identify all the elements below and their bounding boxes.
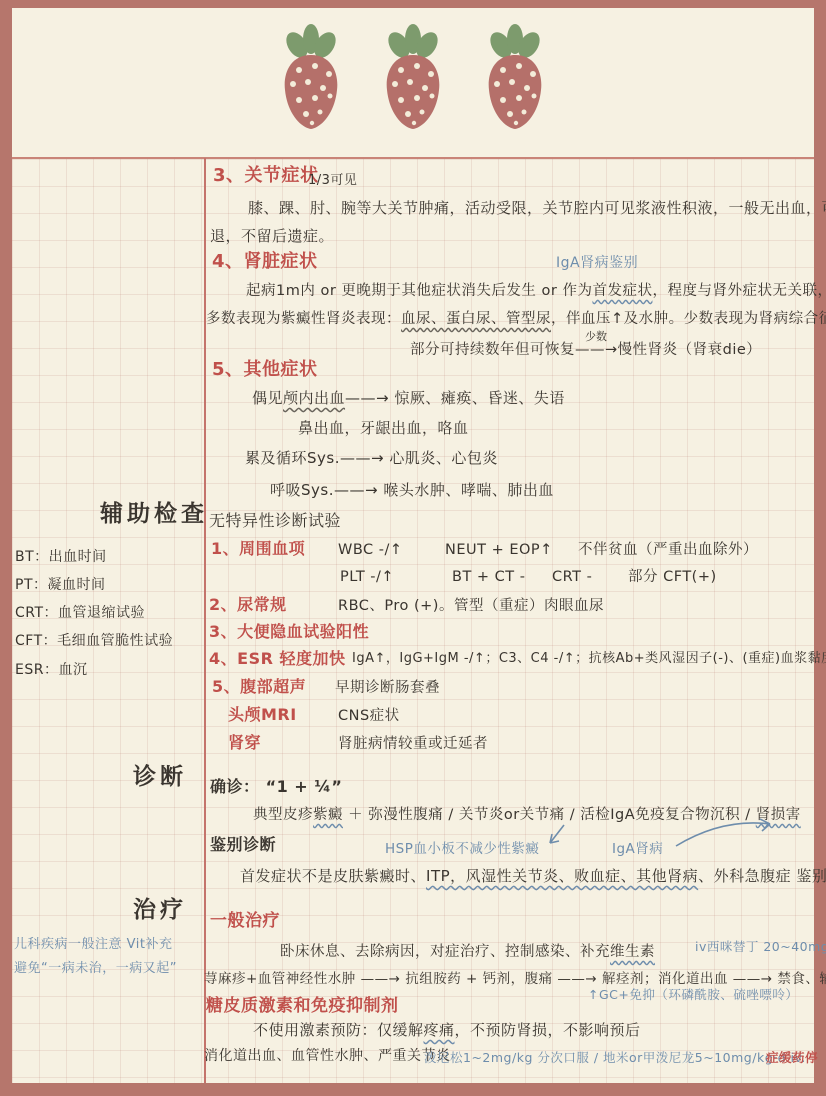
criteria-a: 典型皮疹 <box>253 807 313 823</box>
aux-row6-label: 5、腹部超声 <box>212 678 306 696</box>
renal-line3: 部分可持续数年但可恢复少数——→慢性肾炎（肾衰die） <box>410 343 761 359</box>
minority-arrow: 少数——→ <box>575 343 618 359</box>
differential-a: 首发症状不是皮肤紫癜时、 <box>240 867 426 885</box>
aux-row8-value: 肾脏病情较重或迁延者 <box>338 737 488 753</box>
annotation-arrow <box>540 824 570 846</box>
aux-row6-value: 早期诊断肠套叠 <box>335 681 440 697</box>
differential-hsp-note: HSP血小板不减少性紫癜 <box>385 842 539 857</box>
aux-row1-wbc: WBC -/↑ <box>338 543 403 559</box>
vitamins: 维生素 <box>610 944 655 960</box>
renal-line3-a: 部分可持续数年但可恢复 <box>410 342 575 358</box>
notebook-page: 辅助检查 BT：出血时间 PT：凝血时间 CRT：血管退缩试验 CFT：毛细血管… <box>0 0 826 1096</box>
steroid-note-text: GC+免抑（环磷酰胺、硫唑嘌呤） <box>599 987 798 1002</box>
pain: 疼痛 <box>424 1021 455 1039</box>
heading-general-treatment: 一般治疗 <box>210 912 280 931</box>
aux-row2-plt: PLT -/↑ <box>340 570 394 586</box>
other-line1: 偶见颅内出血——→ 惊厥、瘫痪、昏迷、失语 <box>252 390 565 407</box>
other-line1-a: 偶见 <box>252 389 283 407</box>
intracranial-hemorrhage: 颅内出血 <box>283 389 345 407</box>
aux-row1-neut: NEUT + EOP↑ <box>445 543 553 559</box>
renal-line3-b: 慢性肾炎（肾衰die） <box>618 342 762 358</box>
renal-line2: 多数表现为紫癜性肾炎表现：血尿、蛋白尿、管型尿，伴血压↑及水肿。少数表现为肾病综… <box>206 312 826 328</box>
heading-renal-symptoms: 4、肾脏症状 <box>212 252 318 272</box>
annotation-arrow <box>672 816 777 848</box>
aux-row7-label: 头颅MRI <box>228 706 297 724</box>
section-label-aux-exams: 辅助检查 <box>100 502 208 527</box>
joint-symptoms-line2: 退，不留后遗症。 <box>210 228 334 245</box>
strawberry-icon <box>479 22 551 134</box>
margin-note-line2: 避免“一病未治，一病又起” <box>14 962 177 976</box>
minority-arrow-label: 少数 <box>585 331 607 343</box>
aux-row5-value: IgA↑，IgG+IgM -/↑；C3、C4 -/↑；抗核Ab+类风湿因子(-)… <box>352 652 826 666</box>
differential-line: 首发症状不是皮肤紫癜时、ITP，风湿性关节炎、败血症、其他肾病、外科急腹症 鉴别 <box>240 868 826 885</box>
general-line1: 卧床休息、去除病因，对症治疗、控制感染、补充维生素 <box>280 945 655 961</box>
aux-header: 无特异性诊断试验 <box>209 512 341 530</box>
abbrev-esr: ESR：血沉 <box>15 663 87 678</box>
stop-drug-flag: 症缓药停 <box>766 1051 818 1065</box>
strawberry-icon <box>377 22 449 134</box>
diagnosis-confirm: 确诊： “1 + ¼” <box>210 778 342 796</box>
steroid-line1-a: 不使用激素预防：仅缓解 <box>253 1021 424 1039</box>
joint-symptoms-line1: 膝、踝、肘、腕等大关节肿痛，活动受限，关节腔内可见浆液性积液，一般无出血，可自行… <box>248 200 826 217</box>
general-line1-a: 卧床休息、去除病因，对症治疗、控制感染、补充 <box>280 944 610 960</box>
renal-iga-note: IgA肾病鉴别 <box>556 256 638 271</box>
heading-steroid-treatment: 糖皮质激素和免疫抑制剂 <box>206 997 399 1016</box>
cimetidine-note: iv西咪替丁 20~40mg/kg·d <box>695 940 826 954</box>
other-line2: 鼻出血，牙龈出血，咯血 <box>298 420 469 437</box>
aux-row2-cft: 部分 CFT(+) <box>628 570 717 586</box>
renal-line1-first-symptom: 首发症状 <box>592 283 652 299</box>
section-label-diagnosis: 诊断 <box>133 765 187 790</box>
renal-line1: 起病1m内 or 更晚期于其他症状消失后发生 or 作为首发症状，程度与肾外症状… <box>246 284 826 300</box>
renal-line1-a: 起病1m内 or 更晚期于其他症状消失后发生 or 作为 <box>246 283 592 299</box>
abbrev-crt: CRT：血管退缩试验 <box>15 606 145 621</box>
differential-c: 、外科急腹症 鉴别 <box>698 867 826 885</box>
aux-row2-btct: BT + CT - <box>452 570 526 586</box>
abbrev-cft: CFT：毛细血管脆性试验 <box>15 634 173 649</box>
renal-line2-c: ，伴血压↑及水肿。少数表现为肾病综合征. <box>551 311 826 327</box>
joint-symptoms-frequency: 1/3可见 <box>308 174 357 188</box>
aux-row8-label: 肾穿 <box>228 734 261 752</box>
section-label-treatment: 治疗 <box>133 898 187 923</box>
heading-other-symptoms: 5、其他症状 <box>212 360 318 380</box>
aux-row2-crt: CRT - <box>552 570 592 586</box>
renal-line2-a: 多数表现为紫癜性肾炎表现： <box>206 311 401 327</box>
other-line3: 累及循环Sys.——→ 心肌炎、心包炎 <box>245 450 498 467</box>
steroid-note: ↑GC+免抑（环磷酰胺、硫唑嘌呤） <box>588 988 798 1002</box>
aux-row4-label: 3、大便隐血试验阳性 <box>209 623 369 641</box>
abbrev-pt: PT：凝血时间 <box>15 578 106 593</box>
general-line2: 荨麻疹+血管神经性水肿 ——→ 抗组胺药 + 钙剂，腹痛 ——→ 解痉剂；消化道… <box>204 972 826 987</box>
steroid-line2-indications: 消化道出血、血管性水肿、严重关节炎 <box>204 1049 451 1064</box>
other-line1-c: ——→ 惊厥、瘫痪、昏迷、失语 <box>345 389 565 407</box>
criteria-purpura: 紫癜 <box>313 807 343 823</box>
up-arrow-icon: ↑ <box>588 987 599 1002</box>
other-line4: 呼吸Sys.——→ 喉头水肿、哮喘、肺出血 <box>270 482 554 499</box>
aux-row1-anemia: 不伴贫血（严重出血除外） <box>578 543 758 559</box>
arrow-glyph: ——→ <box>575 342 618 358</box>
header-decoration <box>0 22 826 134</box>
steroid-dose-note: 泼尼松1~2mg/kg 分次口服 / 地米or甲泼尼龙5~10mg/kg·d i… <box>424 1051 806 1065</box>
renal-line2-urine-findings: 血尿、蛋白尿、管型尿 <box>401 311 551 327</box>
aux-row3-label: 2、尿常规 <box>209 596 287 614</box>
margin-divider-line <box>204 158 206 1083</box>
aux-row1-label: 1、周围血项 <box>211 540 305 558</box>
abbrev-bt: BT：出血时间 <box>15 550 107 565</box>
aux-row5-label: 4、ESR 轻度加快 <box>209 650 345 668</box>
aux-row7-value: CNS症状 <box>338 709 400 725</box>
differential-diseases: ITP，风湿性关节炎、败血症、其他肾病 <box>426 867 698 885</box>
steroid-line1: 不使用激素预防：仅缓解疼痛，不预防肾损，不影响预后 <box>253 1022 641 1039</box>
steroid-line1-c: ，不预防肾损，不影响预后 <box>455 1021 641 1039</box>
differential-iga-note: IgA肾病 <box>612 842 663 857</box>
renal-line1-c: ，程度与肾外症状无关联， <box>652 283 826 299</box>
differential-label: 鉴别诊断 <box>210 836 276 854</box>
heading-joint-symptoms: 3、关节症状 <box>213 166 319 186</box>
margin-note-line1: 儿科疾病一般注意 Vit补充 <box>14 938 172 952</box>
strawberry-icon <box>275 22 347 134</box>
aux-row3-value: RBC、Pro (+)。管型（重症）肉眼血尿 <box>338 599 604 615</box>
